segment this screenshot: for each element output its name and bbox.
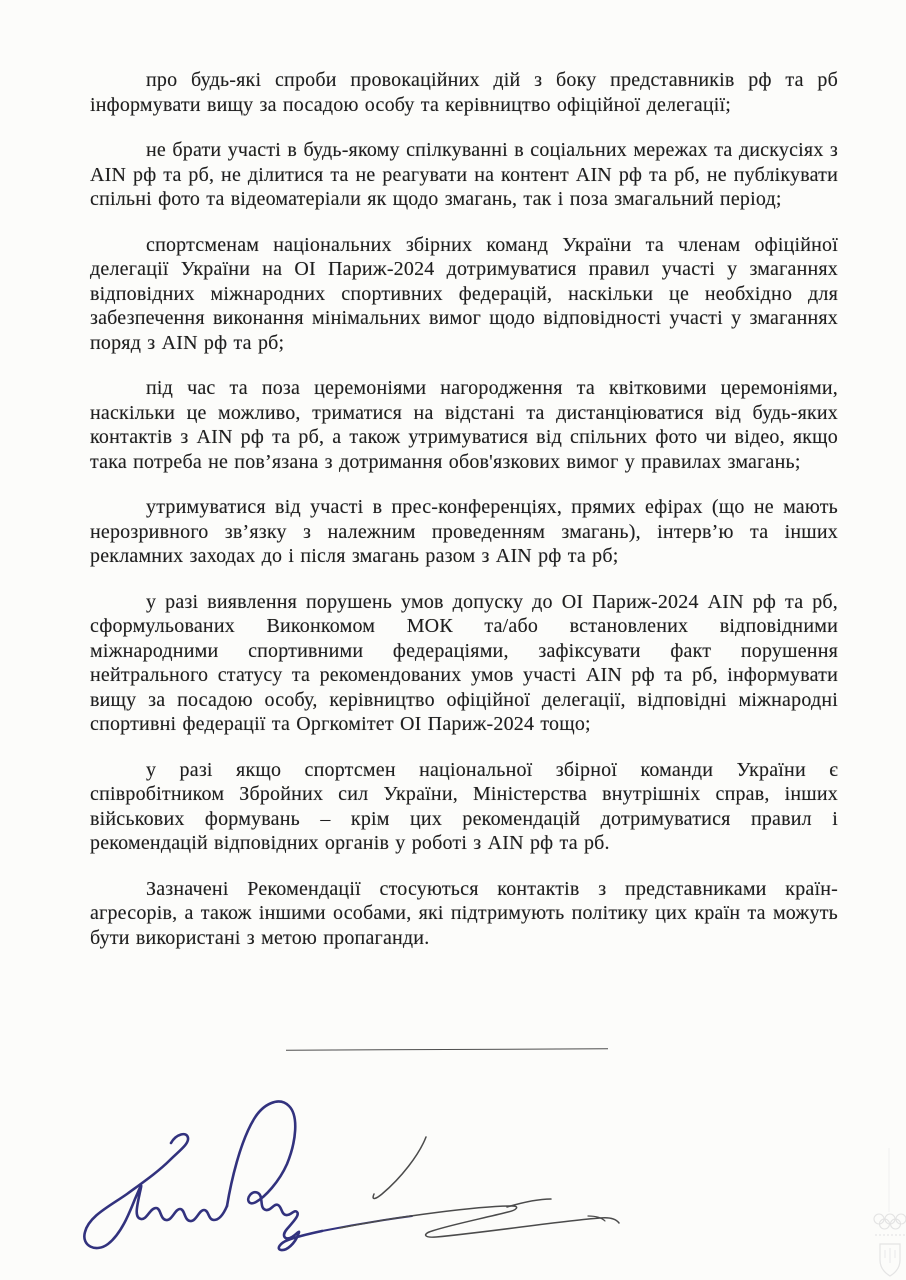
document-paragraph: у разі виявлення порушень умов допуску д… — [90, 590, 838, 737]
document-paragraph: спортсменам національних збірних команд … — [90, 233, 838, 356]
scanned-document-page: про будь-які спроби провокаційних дій з … — [0, 0, 906, 1280]
handwritten-signature — [60, 1085, 630, 1270]
shield-trident-icon — [880, 1244, 900, 1276]
olympic-rings-icon — [874, 1214, 906, 1229]
document-paragraph: під час та поза церемоніями нагородження… — [90, 376, 838, 474]
olympic-emblem-watermark — [852, 1148, 906, 1280]
document-paragraph: не брати участі в будь-якому спілкуванні… — [90, 138, 838, 212]
signature-blue-ink — [84, 1102, 412, 1251]
document-paragraph: у разі якщо спортсмен національної збірн… — [90, 758, 838, 856]
signature-line — [286, 1048, 608, 1050]
document-text-block: про будь-які спроби провокаційних дій з … — [90, 68, 838, 971]
document-paragraph: Зазначені Рекомендації стосуються контак… — [90, 877, 838, 951]
document-paragraph: про будь-які спроби провокаційних дій з … — [90, 68, 838, 117]
signature-pen-flourish — [340, 1137, 619, 1237]
document-paragraph: утримуватися від участі в прес-конференц… — [90, 495, 838, 569]
